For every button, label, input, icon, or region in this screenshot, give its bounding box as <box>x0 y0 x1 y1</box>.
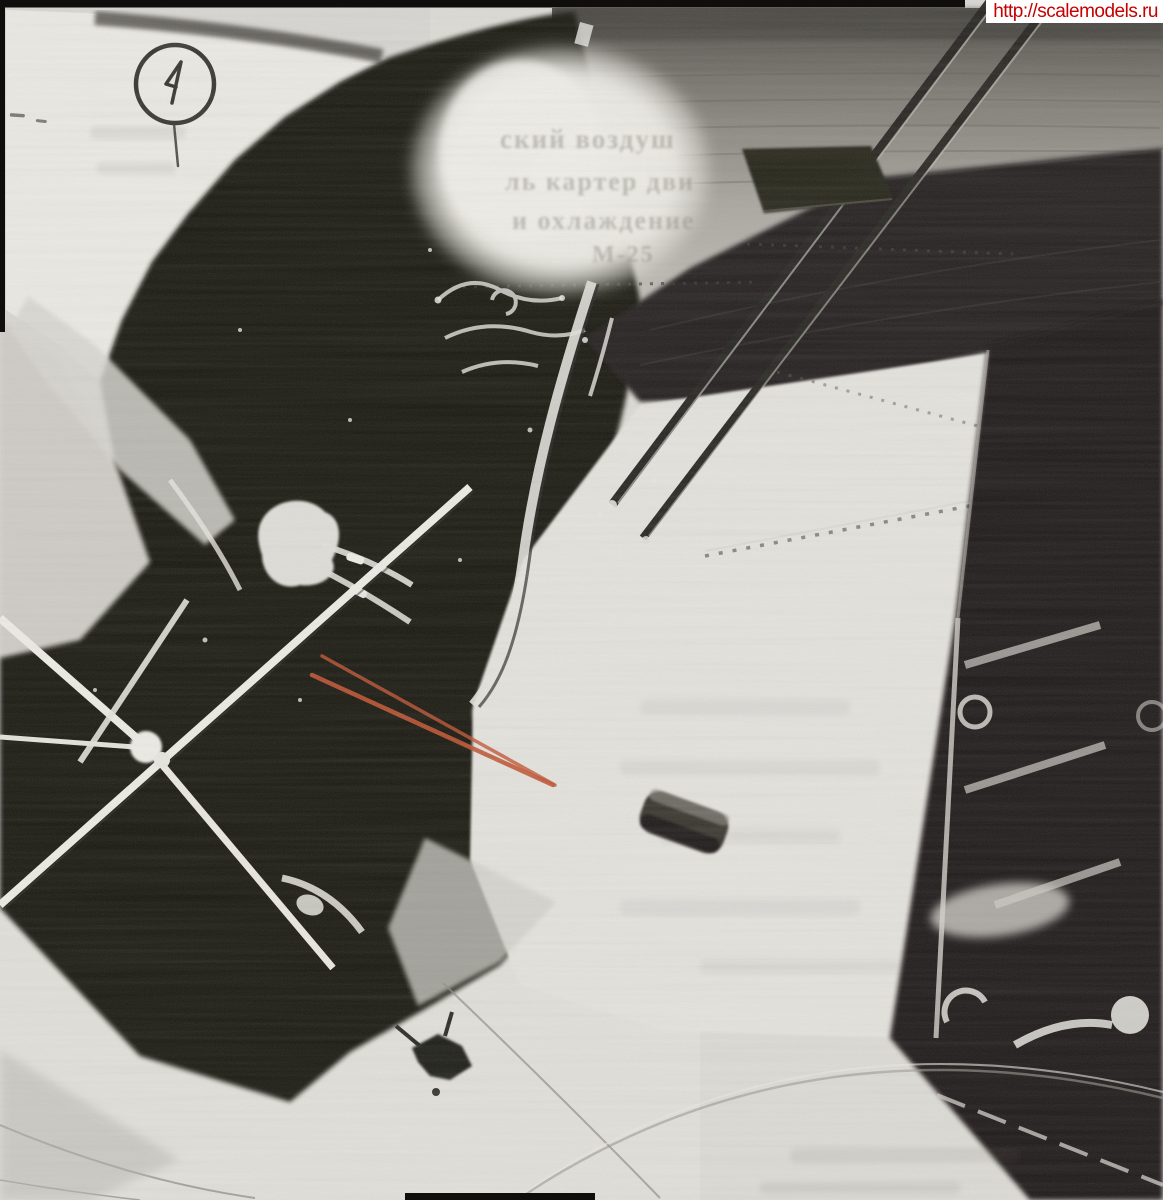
watermark-url: http://scalemodels.ru <box>993 1 1158 22</box>
scanned-photo-page: ский воздуш ль картер дви и охлаждение М… <box>0 0 1163 1200</box>
film-grain-overlay <box>0 0 1163 1200</box>
photo-illustration: ский воздуш ль картер дви и охлаждение М… <box>0 0 1163 1200</box>
watermark-banner: http://scalemodels.ru <box>986 0 1163 23</box>
